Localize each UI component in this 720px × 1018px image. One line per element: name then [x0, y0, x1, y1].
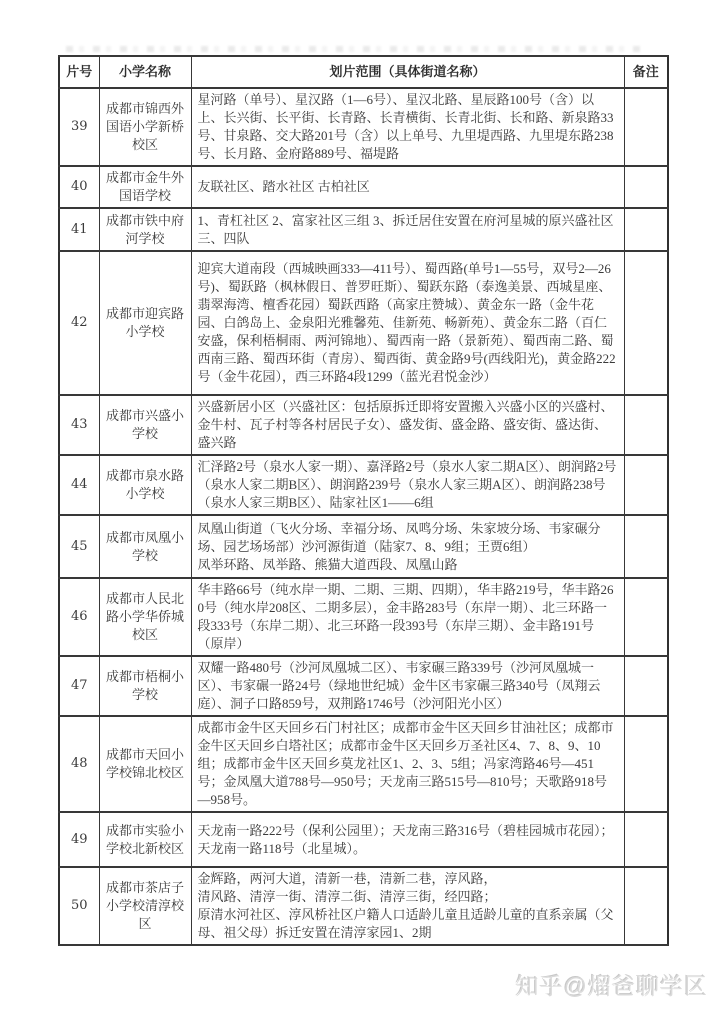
row-number: 40 [59, 166, 99, 208]
district-range: 双耀一路480号（沙河凤凰城二区）、韦家碾三路339号（沙河凤凰城一区）、韦家碾… [191, 656, 624, 716]
table-row: 40 成都市金牛外国语学校 友联社区、踏水社区 古柏社区 [59, 166, 668, 208]
school-name: 成都市金牛外国语学校 [99, 166, 191, 208]
district-range: 1、青杠社区 2、富家社区三组 3、拆迁居住安置在府河星城的原兴盛社区三、四队 [191, 208, 624, 251]
table-row: 45 成都市凤凰小学校 凤凰山街道（飞火分场、幸福分场、凤鸣分场、朱家坡分场、韦… [59, 515, 668, 578]
row-number: 50 [59, 867, 99, 945]
district-range: 华丰路66号（纯水岸一期、二期、三期、四期），华丰路219号，华丰路260号（纯… [191, 578, 624, 656]
header-piece-number: 片号 [59, 56, 99, 88]
table-row: 44 成都市泉水路小学校 汇泽路2号（泉水人家一期）、嘉泽路2号（泉水人家二期A… [59, 455, 668, 515]
remarks-cell [624, 88, 668, 166]
table-row: 42 成都市迎宾路小学校 迎宾大道南段（西城映画333—411号）、蜀西路(单号… [59, 251, 668, 395]
district-range: 金辉路，两河大道，清新一巷，清新二巷，淳风路， 清风路、清淳一街、清淳二街、清淳… [191, 867, 624, 945]
district-range: 友联社区、踏水社区 古柏社区 [191, 166, 624, 208]
document-page: 片号 小学名称 划片范围（具体街道名称） 备注 39 成都市锦西外国语小学新桥校… [0, 0, 720, 1018]
table-row: 46 成都市人民北路小学华侨城校区 华丰路66号（纯水岸一期、二期、三期、四期）… [59, 578, 668, 656]
district-range: 天龙南一路222号（保利公园里）；天龙南三路316号（碧桂园城市花园）；天龙南一… [191, 812, 624, 867]
school-name: 成都市凤凰小学校 [99, 515, 191, 578]
remarks-cell [624, 867, 668, 945]
district-range: 汇泽路2号（泉水人家一期）、嘉泽路2号（泉水人家二期A区）、朗润路2号（泉水人家… [191, 455, 624, 515]
remarks-cell [624, 716, 668, 812]
school-name: 成都市茶店子小学校清淳校区 [99, 867, 191, 945]
remarks-cell [624, 515, 668, 578]
school-name: 成都市实验小学校北新校区 [99, 812, 191, 867]
school-name: 成都市兴盛小学校 [99, 395, 191, 455]
row-number: 47 [59, 656, 99, 716]
remarks-cell [624, 656, 668, 716]
table-row: 48 成都市天回小学校锦北校区 成都市金牛区天回乡石门村社区；成都市金牛区天回乡… [59, 716, 668, 812]
table-row: 49 成都市实验小学校北新校区 天龙南一路222号（保利公园里）；天龙南三路31… [59, 812, 668, 867]
school-name: 成都市迎宾路小学校 [99, 251, 191, 395]
row-number: 48 [59, 716, 99, 812]
remarks-cell [624, 455, 668, 515]
row-number: 44 [59, 455, 99, 515]
table-row: 47 成都市梧桐小学校 双耀一路480号（沙河凤凰城二区）、韦家碾三路339号（… [59, 656, 668, 716]
row-number: 39 [59, 88, 99, 166]
remarks-cell [624, 578, 668, 656]
clipped-text-artifact [66, 46, 641, 52]
school-name: 成都市锦西外国语小学新桥校区 [99, 88, 191, 166]
row-number: 43 [59, 395, 99, 455]
header-district-range: 划片范围（具体街道名称） [191, 56, 624, 88]
school-name: 成都市人民北路小学华侨城校区 [99, 578, 191, 656]
remarks-cell [624, 251, 668, 395]
row-number: 42 [59, 251, 99, 395]
remarks-cell [624, 208, 668, 251]
remarks-cell [624, 395, 668, 455]
row-number: 41 [59, 208, 99, 251]
header-remarks: 备注 [624, 56, 668, 88]
row-number: 46 [59, 578, 99, 656]
row-number: 49 [59, 812, 99, 867]
school-name: 成都市梧桐小学校 [99, 656, 191, 716]
zhihu-watermark: 知乎@熘爸聊学区 [516, 968, 708, 1001]
table-row: 41 成都市铁中府河学校 1、青杠社区 2、富家社区三组 3、拆迁居住安置在府河… [59, 208, 668, 251]
row-number: 45 [59, 515, 99, 578]
district-range: 星河路（单号）、星汉路（1—6号）、星汉北路、星辰路100号（含）以上、长兴街、… [191, 88, 624, 166]
district-range: 成都市金牛区天回乡石门村社区；成都市金牛区天回乡甘油社区；成都市金牛区天回乡白塔… [191, 716, 624, 812]
header-school-name: 小学名称 [99, 56, 191, 88]
table-row: 39 成都市锦西外国语小学新桥校区 星河路（单号）、星汉路（1—6号）、星汉北路… [59, 88, 668, 166]
school-name: 成都市天回小学校锦北校区 [99, 716, 191, 812]
school-district-table: 片号 小学名称 划片范围（具体街道名称） 备注 39 成都市锦西外国语小学新桥校… [58, 55, 669, 946]
district-range: 兴盛新居小区（兴盛社区：包括原拆迁即将安置搬入兴盛小区的兴盛村、金牛村、瓦子村等… [191, 395, 624, 455]
school-name: 成都市铁中府河学校 [99, 208, 191, 251]
district-range: 迎宾大道南段（西城映画333—411号）、蜀西路(单号1—55号，双号2—26号… [191, 251, 624, 395]
school-name: 成都市泉水路小学校 [99, 455, 191, 515]
table-row: 43 成都市兴盛小学校 兴盛新居小区（兴盛社区：包括原拆迁即将安置搬入兴盛小区的… [59, 395, 668, 455]
remarks-cell [624, 166, 668, 208]
table-header-row: 片号 小学名称 划片范围（具体街道名称） 备注 [59, 56, 668, 88]
district-range: 凤凰山街道（飞火分场、幸福分场、凤鸣分场、朱家坡分场、韦家碾分场、园艺场场部）沙… [191, 515, 624, 578]
table-row: 50 成都市茶店子小学校清淳校区 金辉路，两河大道，清新一巷，清新二巷，淳风路，… [59, 867, 668, 945]
remarks-cell [624, 812, 668, 867]
